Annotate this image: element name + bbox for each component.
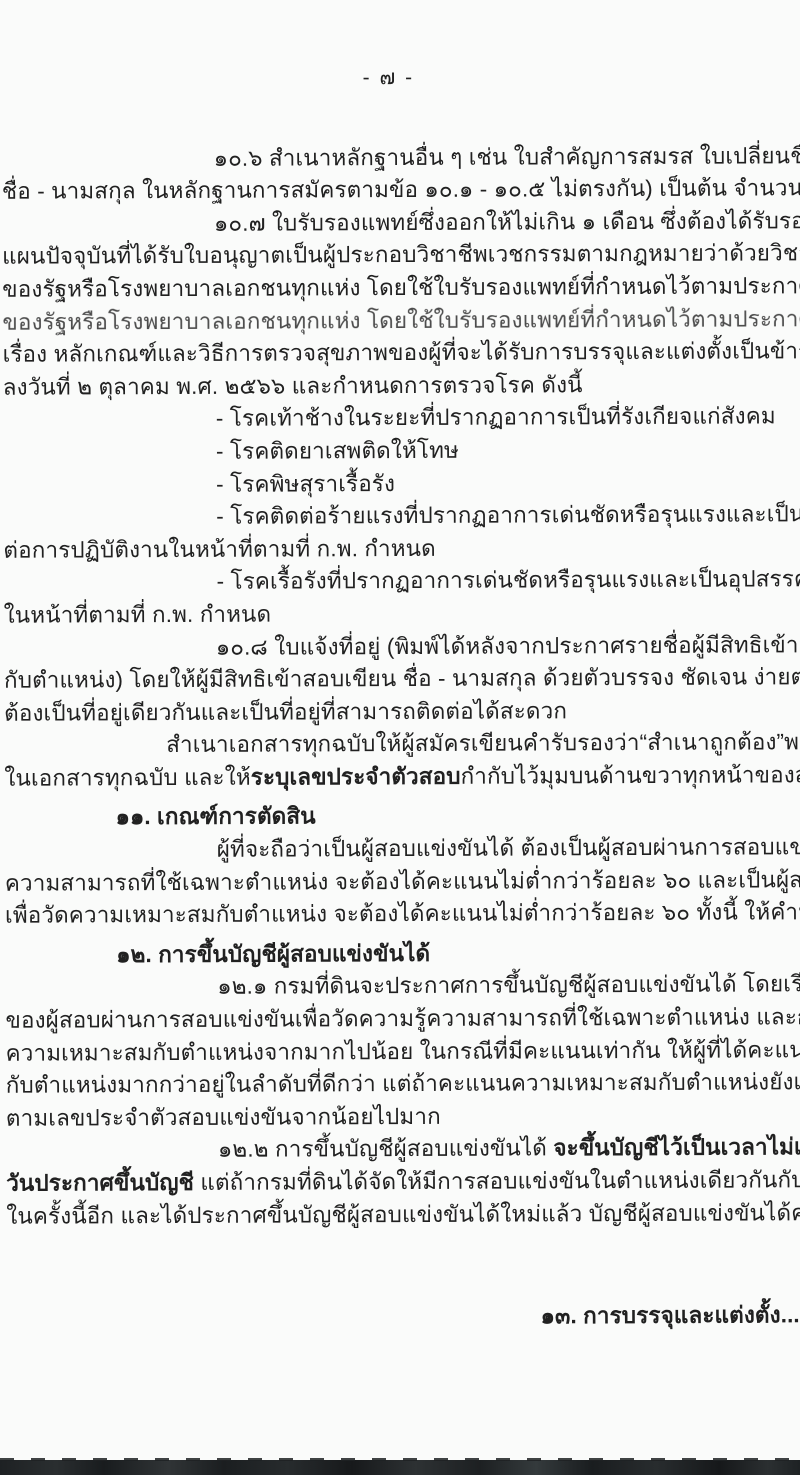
text-segment: ๑๑. เกณฑ์การตัดสิน <box>116 804 316 830</box>
text-segment: ๑๒.๑ กรมที่ดินจะประกาศการขึ้นบัญชีผู้สอบ… <box>217 971 800 1000</box>
section-heading-11: ๑๑. เกณฑ์การตัดสิน <box>3 799 800 835</box>
text-segment: ของรัฐหรือโรงพยาบาลเอกชนทุกแห่ง โดยใช้ใบ… <box>2 272 800 302</box>
text-segment: - โรคเท้าช้างในระยะที่ปรากฏอาการเป็นที่ร… <box>216 404 776 431</box>
paragraph-line: ๑๒.๒ การขึ้นบัญชีผู้สอบแข่งขันได้ จะขึ้น… <box>5 1132 800 1168</box>
text-segment: - ๗ - <box>363 66 415 89</box>
document-text-block: - ๗ -๑๐.๖ สำเนาหลักฐานอื่น ๆ เช่น ใบสำคั… <box>0 0 800 1336</box>
text-segment: ผู้ที่จะถือว่าเป็นผู้สอบแข่งขันได้ ต้องเ… <box>217 834 800 862</box>
text-segment: ระบุเลขประจำตัวสอบ <box>251 764 461 790</box>
paragraph-line: ๑๐.๗ ใบรับรองแพทย์ซึ่งออกให้ไม่เกิน ๑ เด… <box>1 205 800 241</box>
paragraph-line: สำเนาเอกสารทุกฉบับให้ผู้สมัครเขียนคำรับร… <box>3 727 800 763</box>
list-item-continuation: ในหน้าที่ตามที่ ก.พ. กำหนด <box>3 596 800 632</box>
text-segment: กับตำแหน่งมากกว่าอยู่ในลำดับที่ดีกว่า แต… <box>6 1069 800 1098</box>
text-segment: ต้องเป็นที่อยู่เดียวกันและเป็นที่อยู่ที่… <box>4 698 567 725</box>
paragraph-line: ของรัฐหรือโรงพยาบาลเอกชนทุกแห่ง โดยใช้ใบ… <box>1 270 800 306</box>
list-item-line: - โรคพิษสุราเรื้อรัง <box>2 466 800 502</box>
text-segment: ตามเลขประจำตัวสอบแข่งขันจากน้อยไปมาก <box>6 1104 441 1131</box>
paragraph-line: เรื่อง หลักเกณฑ์และวิธีการตรวจสุขภาพของผ… <box>1 335 800 371</box>
paragraph-line: ตามเลขประจำตัวสอบแข่งขันจากน้อยไปมาก <box>5 1099 800 1135</box>
text-segment: ของรัฐหรือโรงพยาบาลเอกชนทุกแห่ง โดยใช้ใบ… <box>2 305 800 335</box>
text-segment: ๑๓. การบรรจุและแต่งตั้ง... <box>541 1302 800 1328</box>
paragraph-line: เพื่อวัดความเหมาะสมกับตำแหน่ง จะต้องได้ค… <box>4 896 800 932</box>
text-segment: ความเหมาะสมกับตำแหน่งจากมากไปน้อย ในกรณี… <box>6 1036 800 1065</box>
scan-edge-artifact-bar <box>0 1460 800 1475</box>
paragraph-line: กับตำแหน่งมากกว่าอยู่ในลำดับที่ดีกว่า แต… <box>5 1066 800 1102</box>
paragraph-line: วันประกาศขึ้นบัญชี แต่ถ้ากรมที่ดินได้จัด… <box>5 1164 800 1200</box>
paragraph-line: ความสามารถที่ใช้เฉพาะตำแหน่ง จะต้องได้คะ… <box>4 864 800 900</box>
text-segment: - โรคเรื้อรังที่ปรากฏอาการเด่นชัดหรือรุน… <box>216 566 800 594</box>
list-item-line: - โรคเท้าช้างในระยะที่ปรากฏอาการเป็นที่ร… <box>2 401 800 437</box>
text-segment: กำกับไว้มุมบนด้านขวาทุกหน้าของสำเนาเอกสา… <box>461 761 800 789</box>
text-segment: จะขึ้นบัญชีไว้เป็นเวลาไม่เกิน ๒ ปี นับตั… <box>553 1134 800 1161</box>
text-segment: ต่อการปฏิบัติงานในหน้าที่ตามที่ ก.พ. กำห… <box>3 536 436 563</box>
text-segment: ลงวันที่ ๒ ตุลาคม พ.ศ. ๒๕๖๖ และกำหนดการต… <box>3 372 583 400</box>
text-segment: - โรคติดยาเสพติดให้โทษ <box>216 438 459 464</box>
text-segment: ๑๐.๖ สำเนาหลักฐานอื่น ๆ เช่น ใบสำคัญการส… <box>214 142 800 170</box>
section-heading-12: ๑๒. การขึ้นบัญชีผู้สอบแข่งขันได้ <box>4 936 800 972</box>
text-segment: - โรคติดต่อร้ายแรงที่ปรากฏอาการเด่นชัดหร… <box>216 501 800 529</box>
text-segment: สำเนาเอกสารทุกฉบับให้ผู้สมัครเขียนคำรับร… <box>166 729 800 757</box>
paragraph-line: ลงวันที่ ๒ ตุลาคม พ.ศ. ๒๕๖๖ และกำหนดการต… <box>2 368 800 404</box>
next-section-catchword: ๑๓. การบรรจุและแต่งตั้ง... <box>6 1299 800 1335</box>
list-item-line: - โรคติดต่อร้ายแรงที่ปรากฏอาการเด่นชัดหร… <box>2 498 800 534</box>
text-segment: ในเอกสารทุกฉบับ และให้ <box>4 765 250 791</box>
text-segment: แผนปัจจุบันที่ได้รับใบอนุญาตเป็นผู้ประกอ… <box>2 239 800 269</box>
paragraph-line: ต้องเป็นที่อยู่เดียวกันและเป็นที่อยู่ที่… <box>3 694 800 730</box>
paragraph-line: ๑๐.๘ ใบแจ้งที่อยู่ (พิมพ์ได้หลังจากประกา… <box>3 629 800 665</box>
paragraph-line: ชื่อ - นามสกุล ในหลักฐานการสมัครตามข้อ ๑… <box>1 172 800 208</box>
text-segment: ของผู้สอบผ่านการสอบแข่งขันเพื่อวัดความรู… <box>5 1003 800 1032</box>
paragraph-line: ๑๐.๖ สำเนาหลักฐานอื่น ๆ เช่น ใบสำคัญการส… <box>1 140 800 176</box>
paragraph-line: กับตำแหน่ง) โดยให้ผู้มีสิทธิเข้าสอบเขียน… <box>3 661 800 697</box>
text-segment: เพื่อวัดความเหมาะสมกับตำแหน่ง จะต้องได้ค… <box>5 898 800 928</box>
text-segment: - โรคพิษสุราเรื้อรัง <box>216 471 395 497</box>
paragraph-line: ผู้ที่จะถือว่าเป็นผู้สอบแข่งขันได้ ต้องเ… <box>4 831 800 867</box>
text-segment: ๑๐.๗ ใบรับรองแพทย์ซึ่งออกให้ไม่เกิน ๑ เด… <box>214 207 800 235</box>
text-segment: ๑๒.๒ การขึ้นบัญชีผู้สอบแข่งขันได้ <box>218 1136 553 1162</box>
paragraph-line: ๑๒.๑ กรมที่ดินจะประกาศการขึ้นบัญชีผู้สอบ… <box>4 969 800 1005</box>
page-number: - ๗ - <box>0 60 788 96</box>
text-segment: ในหน้าที่ตามที่ ก.พ. กำหนด <box>4 601 272 627</box>
list-item-continuation: ต่อการปฏิบัติงานในหน้าที่ตามที่ ก.พ. กำห… <box>2 531 800 567</box>
list-item-line: - โรคเรื้อรังที่ปรากฏอาการเด่นชัดหรือรุน… <box>2 564 800 600</box>
paragraph-line: ความเหมาะสมกับตำแหน่งจากมากไปน้อย ในกรณี… <box>5 1034 800 1070</box>
text-segment: ชื่อ - นามสกุล ในหลักฐานการสมัครตามข้อ ๑… <box>2 175 800 204</box>
text-segment: ๑๐.๘ ใบแจ้งที่อยู่ (พิมพ์ได้หลังจากประกา… <box>216 630 800 659</box>
text-segment: แต่ถ้ากรมที่ดินได้จัดให้มีการสอบแข่งขันใ… <box>194 1166 800 1195</box>
text-segment: เรื่อง หลักเกณฑ์และวิธีการตรวจสุขภาพของผ… <box>2 337 800 367</box>
text-segment: ความสามารถที่ใช้เฉพาะตำแหน่ง จะต้องได้คะ… <box>5 866 800 895</box>
paragraph-line-ghost-duplicate: ของรัฐหรือโรงพยาบาลเอกชนทุกแห่ง โดยใช้ใบ… <box>1 303 800 339</box>
paragraph-line: ในเอกสารทุกฉบับ และให้ระบุเลขประจำตัวสอบ… <box>3 759 800 795</box>
text-segment: ๑๒. การขึ้นบัญชีผู้สอบแข่งขันได้ <box>116 941 430 967</box>
paragraph-line: แผนปัจจุบันที่ได้รับใบอนุญาตเป็นผู้ประกอ… <box>1 238 800 274</box>
text-segment: วันประกาศขึ้นบัญชี <box>6 1170 194 1196</box>
paragraph-line: ของผู้สอบผ่านการสอบแข่งขันเพื่อวัดความรู… <box>4 1001 800 1037</box>
list-item-line: - โรคติดยาเสพติดให้โทษ <box>2 433 800 469</box>
scanned-document-page: - ๗ -๑๐.๖ สำเนาหลักฐานอื่น ๆ เช่น ใบสำคั… <box>0 0 800 1475</box>
text-segment: ในครั้งนี้อีก และได้ประกาศขึ้นบัญชีผู้สอ… <box>6 1199 800 1228</box>
paragraph-line: ในครั้งนี้อีก และได้ประกาศขึ้นบัญชีผู้สอ… <box>5 1197 800 1233</box>
text-segment: กับตำแหน่ง) โดยให้ผู้มีสิทธิเข้าสอบเขียน… <box>4 663 800 692</box>
